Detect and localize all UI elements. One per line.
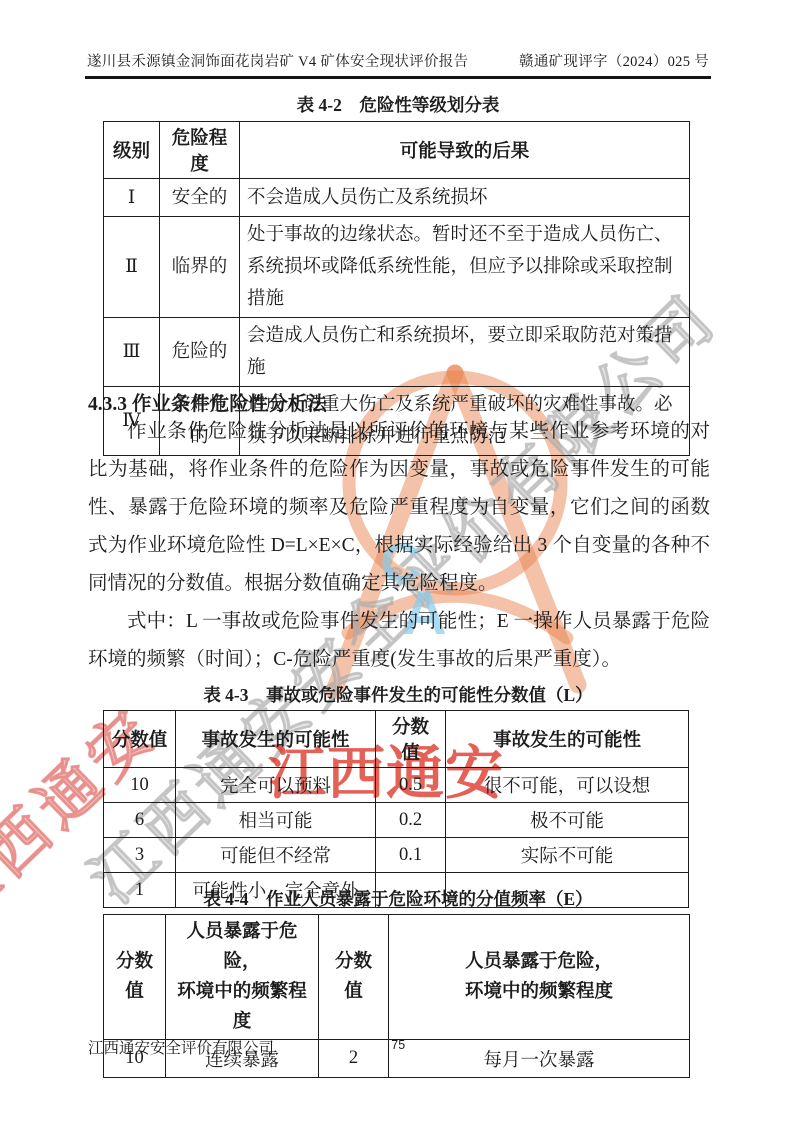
t42-cell: 临界的 xyxy=(160,217,240,318)
t43-header-score2: 分数值 xyxy=(376,711,446,768)
t43-cell: 0.5 xyxy=(376,768,446,803)
t43-cell: 6 xyxy=(104,803,176,838)
t42-header-degree: 危险程度 xyxy=(160,122,240,179)
table-4-2-caption: 表 4-2 危险性等级划分表 xyxy=(85,92,711,117)
t42-cell: Ⅱ xyxy=(104,217,160,318)
t42-cell: 危险的 xyxy=(160,318,240,387)
t43-cell: 0.2 xyxy=(376,803,446,838)
t44-header-frequency2-line1: 人员暴露于危险， xyxy=(396,947,682,977)
footer-company-name: 江西通安安全评价有限公司 xyxy=(88,1040,274,1057)
table-4-3-caption: 表 4-3 事故或危险事件发生的可能性分数值（L） xyxy=(85,682,711,707)
page-header: 遂川县禾源镇金洞饰面花岗岩矿 V4 矿体安全现状评价报告 赣通矿现评字（2024… xyxy=(87,50,709,71)
page-number: 75 xyxy=(391,1038,405,1052)
table-row: 6 相当可能 0.2 极不可能 xyxy=(104,803,689,838)
t43-header-likelihood2: 事故发生的可能性 xyxy=(446,711,689,768)
t42-header-level: 级别 xyxy=(104,122,160,179)
t43-header-score: 分数值 xyxy=(104,711,176,768)
t42-header-consequence: 可能导致的后果 xyxy=(240,122,690,179)
t42-cell: 处于事故的边缘状态。暂时还不至于造成人员伤亡、系统损坏或降低系统性能，但应予以排… xyxy=(240,217,690,318)
t43-cell: 10 xyxy=(104,768,176,803)
t43-cell: 相当可能 xyxy=(176,803,376,838)
t42-cell: 会造成人员伤亡和系统损坏，要立即采取防范对策措施 xyxy=(240,318,690,387)
page-footer: 江西通安安全评价有限公司 75 xyxy=(88,1036,709,1058)
table-row: Ⅲ 危险的 会造成人员伤亡和系统损坏，要立即采取防范对策措施 xyxy=(104,318,690,387)
t43-cell: 实际不可能 xyxy=(446,838,689,873)
t43-cell: 3 xyxy=(104,838,176,873)
table-row: 10 完全可以预料 0.5 很不可能，可以设想 xyxy=(104,768,689,803)
t42-cell: Ⅰ xyxy=(104,179,160,217)
table-row: 3 可能但不经常 0.1 实际不可能 xyxy=(104,838,689,873)
t44-header-frequency: 人员暴露于危险， 环境中的频繁程度 xyxy=(166,915,319,1040)
t43-cell: 完全可以预料 xyxy=(176,768,376,803)
t43-cell: 极不可能 xyxy=(446,803,689,838)
t42-cell: 不会造成人员伤亡及系统损坏 xyxy=(240,179,690,217)
section-paragraph-1: 作业条件危险性分析法是以所评价的环境与某些作业参考环境的对比为基础，将作业条件的… xyxy=(88,413,710,603)
t42-cell: 安全的 xyxy=(160,179,240,217)
table-row: 分数值 人员暴露于危险， 环境中的频繁程度 分数值 人员暴露于危险， 环境中的频… xyxy=(104,915,690,1040)
header-doc-number: 赣通矿现评字（2024）025 号 xyxy=(519,50,709,71)
t43-cell: 很不可能，可以设想 xyxy=(446,768,689,803)
section-paragraph-2: 式中：L 一事故或危险事件发生的可能性；E 一操作人员暴露于危险环境的频繁（时间… xyxy=(88,603,710,679)
t44-header-frequency2: 人员暴露于危险， 环境中的频繁程度 xyxy=(389,915,690,1040)
header-rule xyxy=(85,76,711,79)
table-row: Ⅰ 安全的 不会造成人员伤亡及系统损坏 xyxy=(104,179,690,217)
t44-header-frequency-line1: 人员暴露于危险， xyxy=(173,917,311,977)
t44-header-frequency-line2: 环境中的频繁程度 xyxy=(173,977,311,1037)
header-report-title: 遂川县禾源镇金洞饰面花岗岩矿 V4 矿体安全现状评价报告 xyxy=(87,50,468,71)
t43-cell: 可能但不经常 xyxy=(176,838,376,873)
table-row: 级别 危险程度 可能导致的后果 xyxy=(104,122,690,179)
t44-header-frequency2-line2: 环境中的频繁程度 xyxy=(396,977,682,1007)
table-row: 分数值 事故发生的可能性 分数值 事故发生的可能性 xyxy=(104,711,689,768)
section-heading: 4.3.3 作业条件危险性分析法 xyxy=(88,388,712,416)
t44-header-score2: 分数值 xyxy=(319,915,389,1040)
t43-cell: 0.1 xyxy=(376,838,446,873)
table-4-3: 分数值 事故发生的可能性 分数值 事故发生的可能性 10 完全可以预料 0.5 … xyxy=(103,710,689,908)
document-page: 江西通安安全评价有限公司 江西通安 C A 江西通安 遂川县禾源镇金洞饰面花岗岩… xyxy=(0,0,793,1122)
t44-header-score: 分数值 xyxy=(104,915,166,1040)
t42-cell: Ⅲ xyxy=(104,318,160,387)
table-row: Ⅱ 临界的 处于事故的边缘状态。暂时还不至于造成人员伤亡、系统损坏或降低系统性能… xyxy=(104,217,690,318)
t43-header-likelihood: 事故发生的可能性 xyxy=(176,711,376,768)
table-4-4-caption: 表 4-4 作业人员暴露于危险环境的分值频率（E） xyxy=(85,886,711,911)
